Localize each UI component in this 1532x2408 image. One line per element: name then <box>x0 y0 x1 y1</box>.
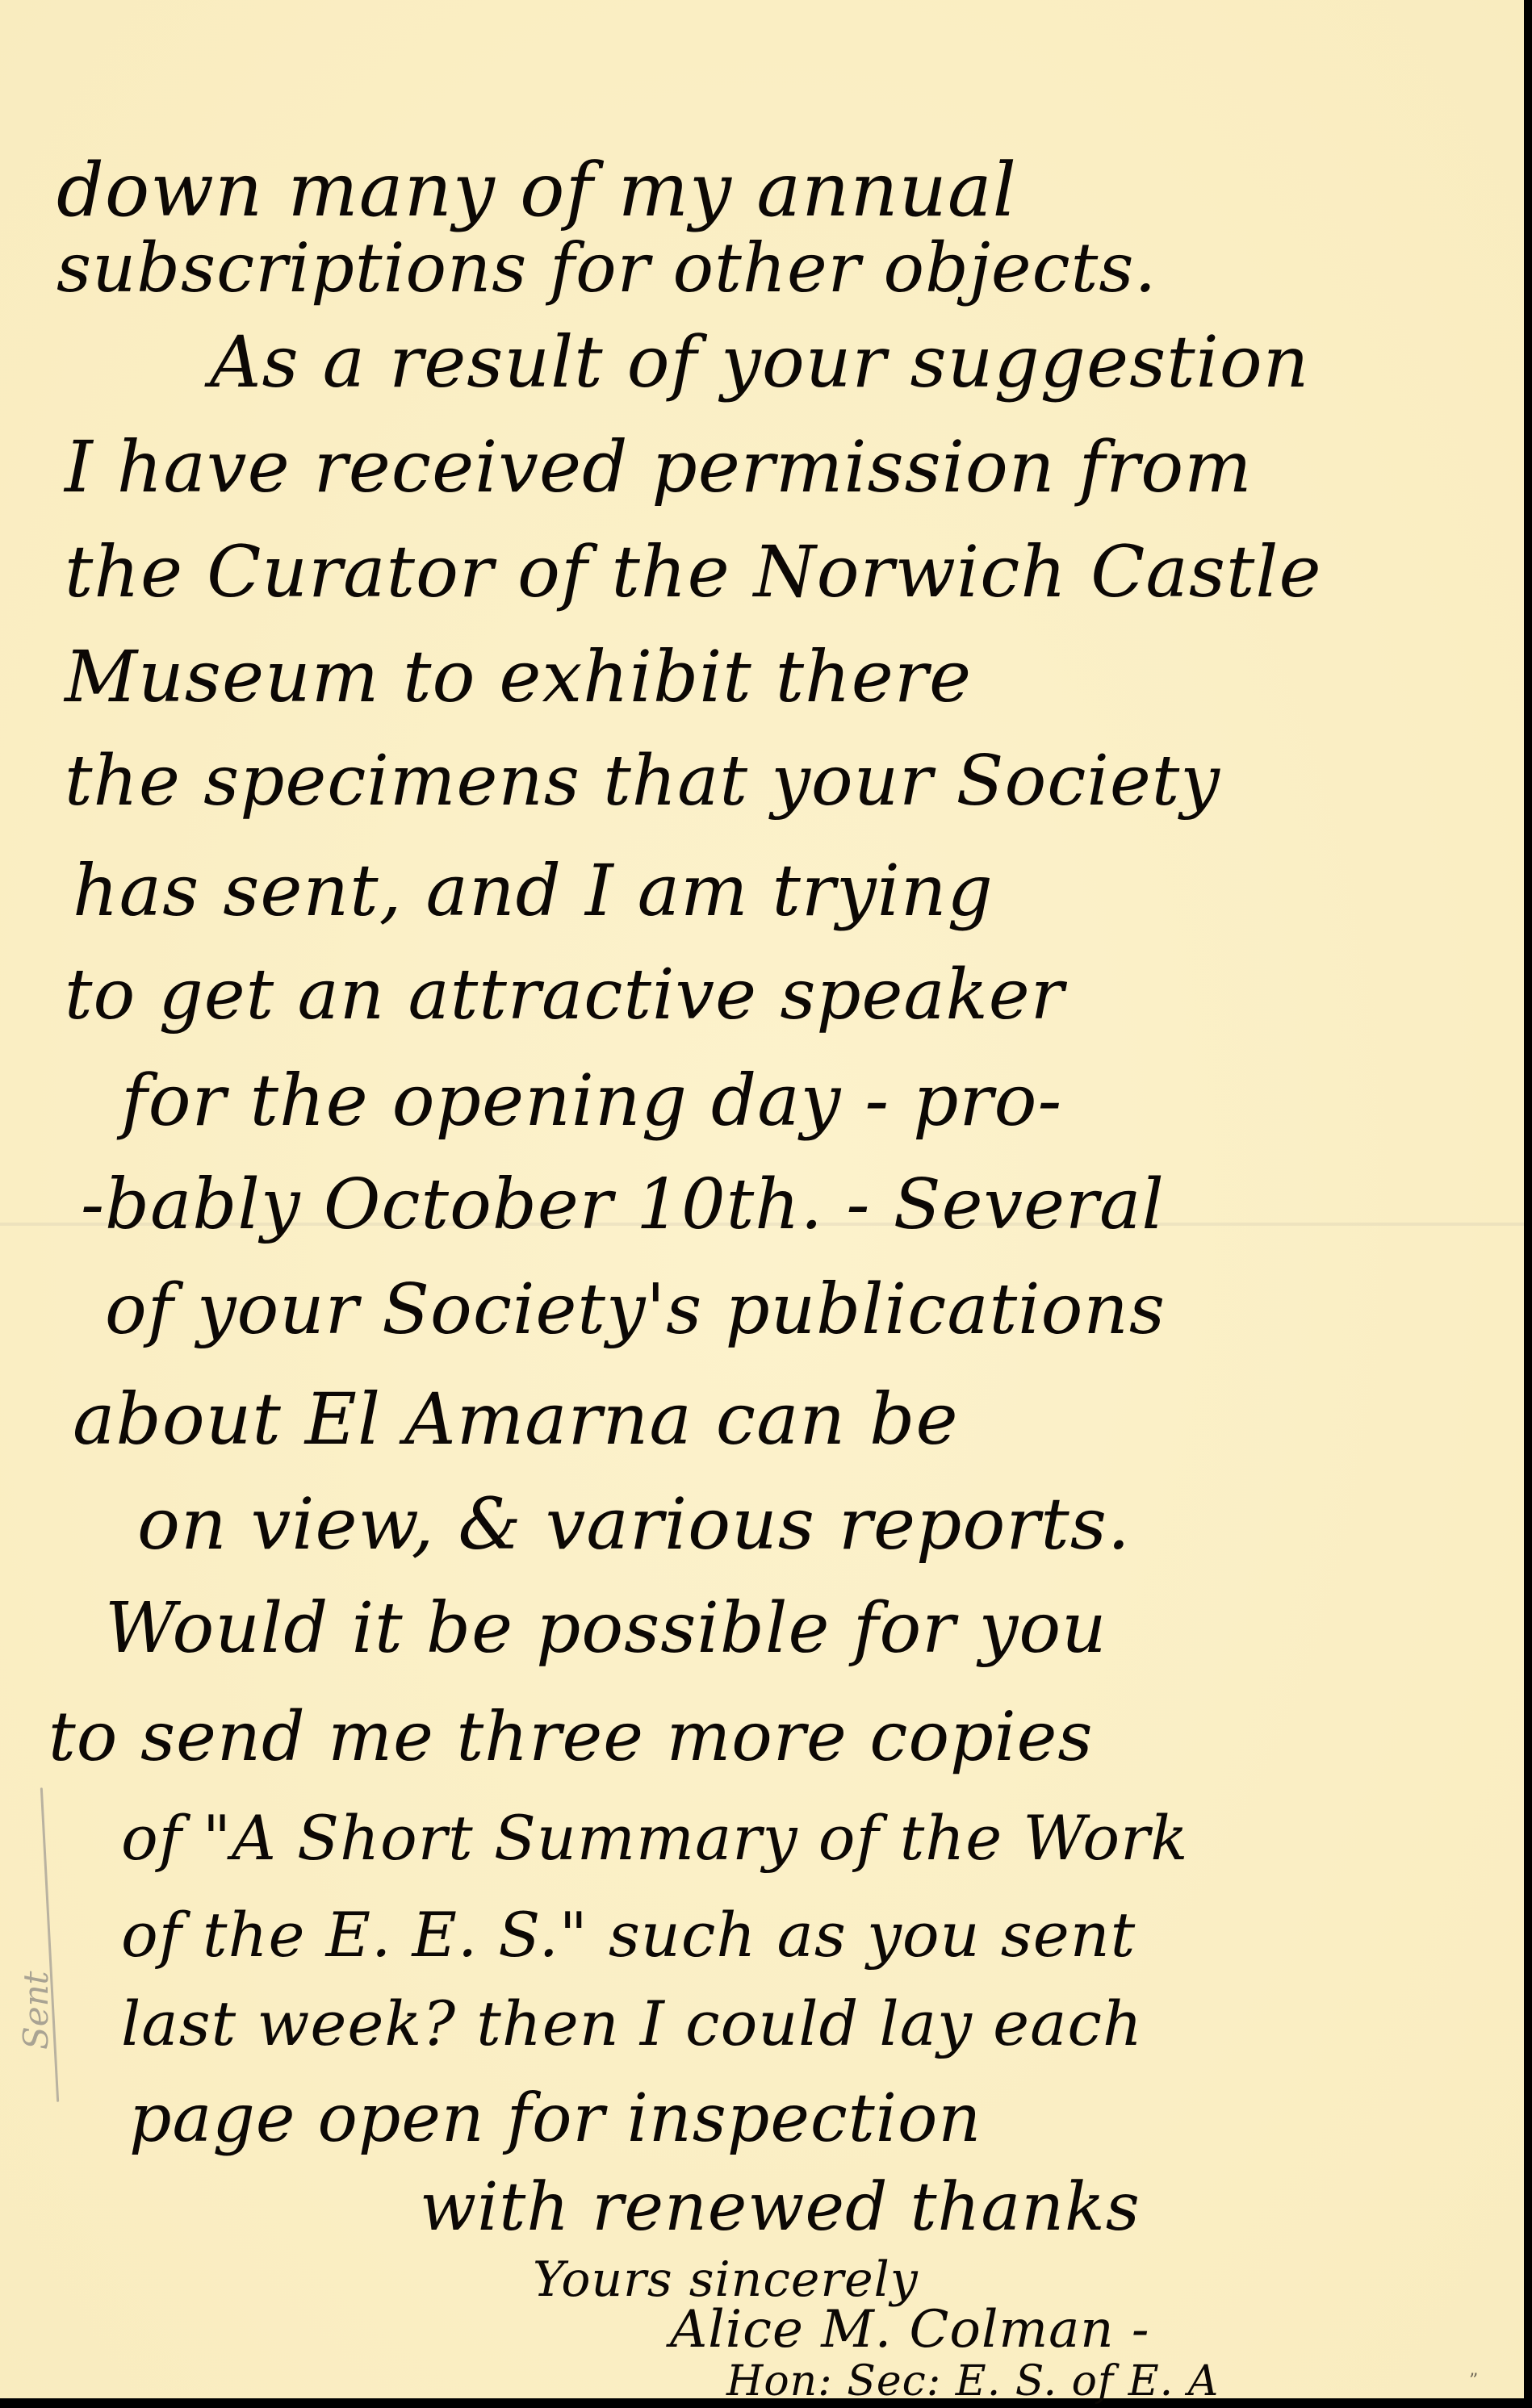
letter-page: down many of my annual subscriptions for… <box>0 0 1524 2398</box>
letter-line-7: the specimens that your Society <box>65 746 1220 816</box>
letter-line-8: has sent, and I am trying <box>73 855 994 926</box>
letter-line-13: about El Amarna can be <box>73 1384 959 1455</box>
signature: Alice M. Colman - <box>670 2304 1149 2356</box>
margin-annotation: Sent <box>16 1971 56 2050</box>
letter-line-11: -bably October 10th. - Several <box>81 1170 1165 1240</box>
letter-line-17: of "A Short Summary of the Work <box>121 1808 1188 1869</box>
letter-line-20: page open for inspection <box>129 2086 982 2152</box>
letter-line-6: Museum to exhibit there <box>65 642 972 713</box>
letter-closing: Yours sincerely <box>533 2255 919 2304</box>
corner-mark: ” <box>1469 2371 1478 2391</box>
letter-line-5: the Curator of the Norwich Castle <box>65 537 1322 608</box>
letter-line-21: with renewed thanks <box>420 2175 1141 2241</box>
letter-line-12: of your Society's publications <box>105 1275 1166 1344</box>
letter-line-10: for the opening day - pro- <box>121 1065 1062 1136</box>
letter-line-3: As a result of your suggestion <box>210 327 1309 398</box>
letter-line-4: I have received permission from <box>65 432 1253 503</box>
letter-line-18: of the E. E. S." such as you sent <box>121 1904 1136 1966</box>
letter-line-16: to send me three more copies <box>48 1703 1093 1770</box>
letter-line-15: Would it be possible for you <box>105 1594 1107 1663</box>
letter-line-14: on view, & various reports. <box>137 1489 1131 1560</box>
letter-line-1: down many of my annual <box>57 153 1017 228</box>
margin-pencil-line <box>40 1787 59 2102</box>
letter-line-19: last week? then I could lay each <box>121 1993 1143 2055</box>
letter-line-2: subscriptions for other objects. <box>57 234 1157 302</box>
letter-line-9: to get an attractive speaker <box>65 960 1065 1030</box>
signature-title: Hon: Sec: E. S. of E. A <box>726 2360 1219 2402</box>
